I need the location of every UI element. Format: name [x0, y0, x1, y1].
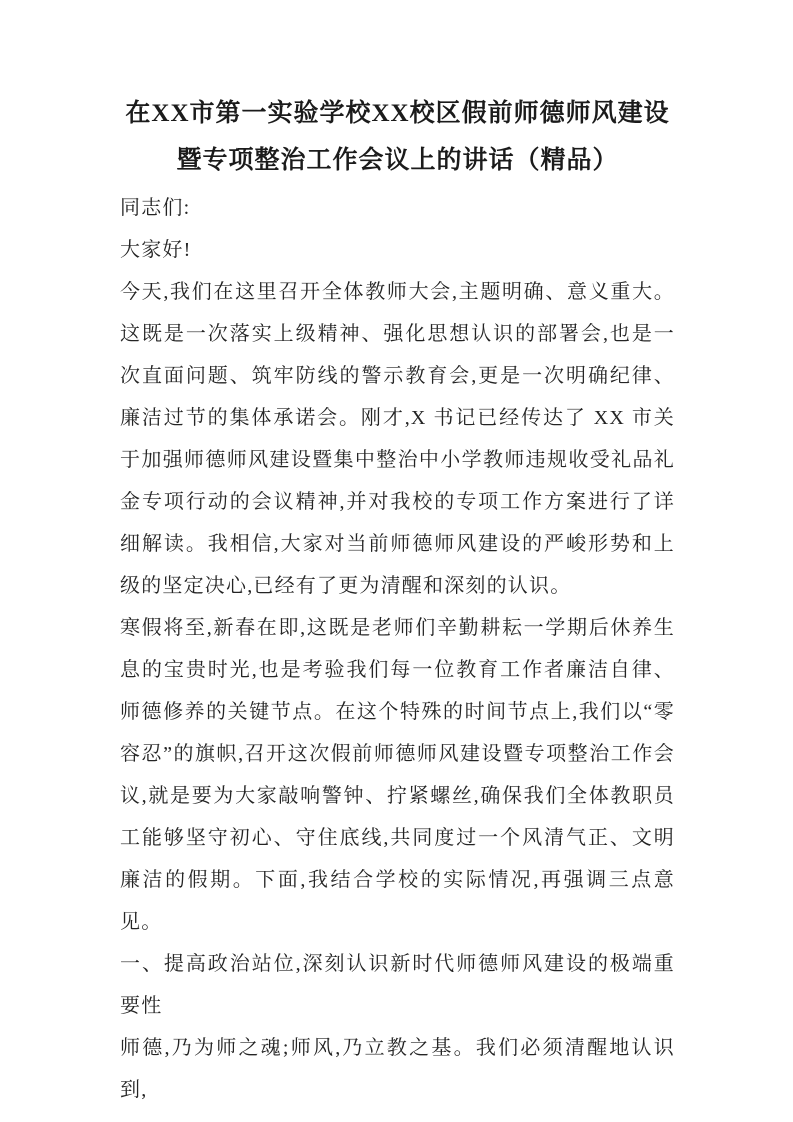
- document-title: 在XX市第一实验学校XX校区假前师德师风建设暨专项整治工作会议上的讲话（精品）: [120, 90, 675, 184]
- greeting-line: 大家好!: [120, 229, 675, 271]
- salutation-line: 同志们:: [120, 187, 675, 229]
- paragraph-holiday-context: 寒假将至,新春在即,这既是老师们辛勤耕耘一学期后休养生息的宝贵时光,也是考验我们…: [120, 607, 675, 943]
- document-body: 同志们: 大家好! 今天,我们在这里召开全体教师大会,主题明确、意义重大。这既是…: [120, 187, 675, 1111]
- section-heading-one: 一、提高政治站位,深刻认识新时代师德师风建设的极端重要性: [120, 943, 675, 1027]
- paragraph-opening: 今天,我们在这里召开全体教师大会,主题明确、意义重大。这既是一次落实上级精神、强…: [120, 271, 675, 607]
- document-page: 在XX市第一实验学校XX校区假前师德师风建设暨专项整治工作会议上的讲话（精品） …: [0, 0, 793, 1122]
- paragraph-section-one-start: 师德,乃为师之魂;师风,乃立教之基。我们必须清醒地认识到,: [120, 1027, 675, 1111]
